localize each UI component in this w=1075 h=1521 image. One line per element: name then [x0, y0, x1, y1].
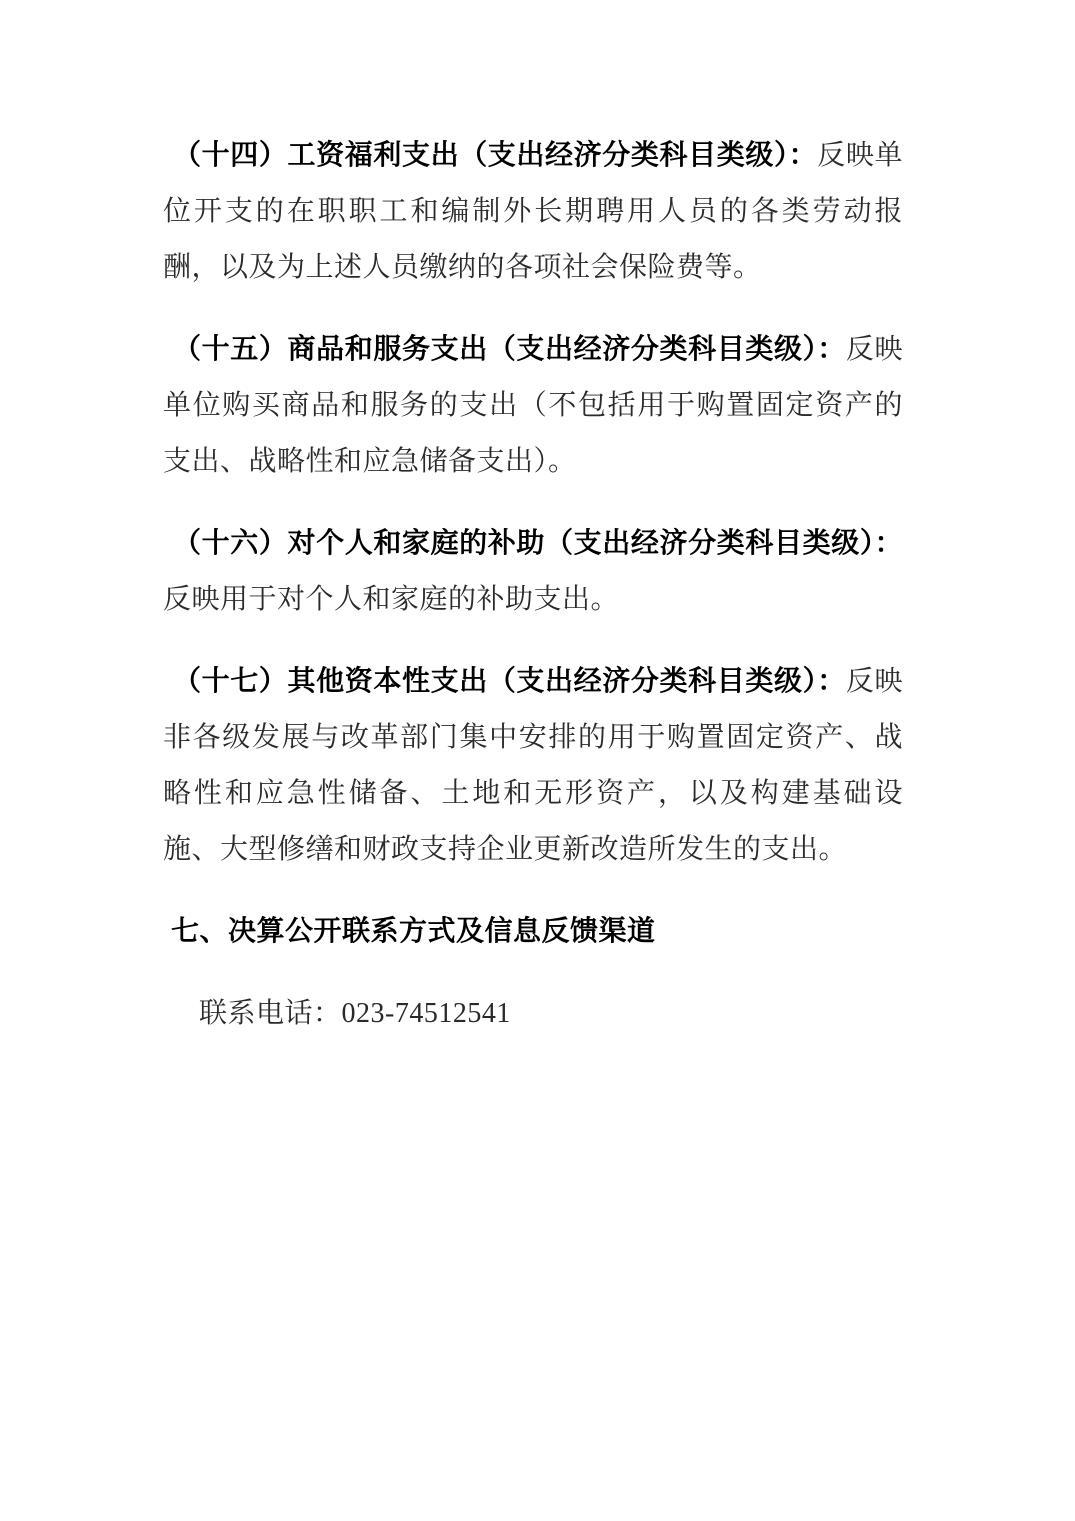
paragraph-16-lead-bold: （十六）对个人和家庭的补助（支出经济分类科目类级）： — [173, 528, 903, 559]
paragraph-item-14: （十四）工资福利支出（支出经济分类科目类级）：反映单位开支的在职职工和编制外长期… — [163, 128, 903, 296]
contact-phone-line: 联系电话：023-74512541 — [163, 986, 903, 1042]
paragraph-item-17: （十七）其他资本性支出（支出经济分类科目类级）：反映非各级发展与改革部门集中安排… — [163, 654, 903, 878]
paragraph-15-lead-bold: （十五）商品和服务支出（支出经济分类科目类级）： — [173, 334, 846, 365]
document-page: （十四）工资福利支出（支出经济分类科目类级）：反映单位开支的在职职工和编制外长期… — [0, 0, 1075, 1521]
section-heading-seven: 七、决算公开联系方式及信息反馈渠道 — [163, 904, 903, 960]
paragraph-14-lead-bold: （十四）工资福利支出（支出经济分类科目类级）： — [173, 140, 817, 171]
paragraph-16-body: 反映用于对个人和家庭的补助支出。 — [163, 584, 619, 615]
paragraph-17-lead-bold: （十七）其他资本性支出（支出经济分类科目类级）： — [173, 666, 846, 697]
paragraph-item-16: （十六）对个人和家庭的补助（支出经济分类科目类级）：反映用于对个人和家庭的补助支… — [163, 516, 903, 628]
paragraph-item-15: （十五）商品和服务支出（支出经济分类科目类级）：反映单位购买商品和服务的支出（不… — [163, 322, 903, 490]
